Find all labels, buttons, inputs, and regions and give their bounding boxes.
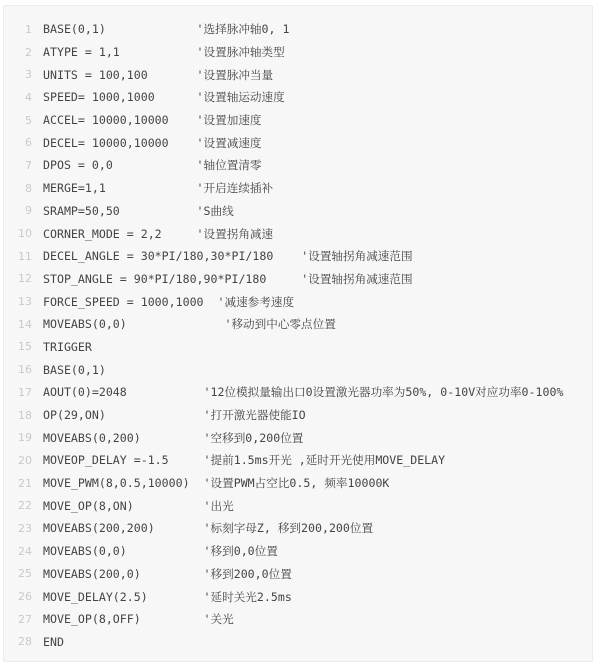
line-text[interactable]: MOVE_OP(8,ON) '出光	[43, 498, 234, 514]
line-number: 10	[4, 227, 43, 240]
line-number: 1	[4, 23, 43, 36]
code-line: 9SRAMP=50,50 'S曲线	[4, 200, 592, 223]
code-line: 15TRIGGER	[4, 336, 592, 359]
line-text[interactable]: MOVE_OP(8,OFF) '关光	[43, 611, 234, 627]
line-text[interactable]: MOVEABS(0,200) '空移到0,200位置	[43, 430, 303, 446]
code-line: 22MOVE_OP(8,ON) '出光	[4, 494, 592, 517]
line-text[interactable]: CORNER_MODE = 2,2 '设置拐角减速	[43, 226, 273, 242]
line-number: 21	[4, 477, 43, 490]
line-text[interactable]: MOVE_PWM(8,0.5,10000) '设置PWM占空比0.5, 频率10…	[43, 475, 389, 491]
line-number: 25	[4, 567, 43, 580]
code-line: 14MOVEABS(0,0) '移动到中心零点位置	[4, 313, 592, 336]
line-text[interactable]: DECEL= 10000,10000 '设置减速度	[43, 135, 262, 151]
line-number: 2	[4, 46, 43, 59]
line-number: 13	[4, 295, 43, 308]
line-number: 4	[4, 91, 43, 104]
code-line: 17AOUT(0)=2048 '12位模拟量输出口0设置激光器功率为50%, 0…	[4, 381, 592, 404]
line-text[interactable]: TRIGGER	[43, 340, 92, 354]
line-number: 16	[4, 363, 43, 376]
line-number: 22	[4, 499, 43, 512]
code-line: 26MOVE_DELAY(2.5) '延时关光2.5ms	[4, 585, 592, 608]
code-line: 16BASE(0,1)	[4, 358, 592, 381]
code-line: 7DPOS = 0,0 '轴位置清零	[4, 154, 592, 177]
code-line: 11DECEL_ANGLE = 30*PI/180,30*PI/180 '设置轴…	[4, 245, 592, 268]
code-line: 13FORCE_SPEED = 1000,1000 '减速参考速度	[4, 290, 592, 313]
line-text[interactable]: STOP_ANGLE = 90*PI/180,90*PI/180 '设置轴拐角减…	[43, 271, 413, 287]
code-line: 10CORNER_MODE = 2,2 '设置拐角减速	[4, 222, 592, 245]
line-number: 6	[4, 136, 43, 149]
line-number: 15	[4, 340, 43, 353]
code-line: 25MOVEABS(200,0) '移到200,0位置	[4, 563, 592, 586]
line-text[interactable]: BASE(0,1) '选择脉冲轴0, 1	[43, 21, 289, 37]
line-text[interactable]: UNITS = 100,100 '设置脉冲当量	[43, 67, 273, 83]
code-line: 21MOVE_PWM(8,0.5,10000) '设置PWM占空比0.5, 频率…	[4, 472, 592, 495]
line-text[interactable]: END	[43, 635, 64, 649]
code-line: 28END	[4, 631, 592, 654]
line-text[interactable]: MOVEOP_DELAY =-1.5 '提前1.5ms开光 ,延时开光使用MOV…	[43, 452, 445, 468]
line-text[interactable]: SRAMP=50,50 'S曲线	[43, 203, 234, 219]
line-text[interactable]: DECEL_ANGLE = 30*PI/180,30*PI/180 '设置轴拐角…	[43, 248, 413, 264]
code-line: 6DECEL= 10000,10000 '设置减速度	[4, 131, 592, 154]
code-line: 3UNITS = 100,100 '设置脉冲当量	[4, 63, 592, 86]
line-number: 23	[4, 522, 43, 535]
line-text[interactable]: FORCE_SPEED = 1000,1000 '减速参考速度	[43, 294, 294, 310]
code-line: 27MOVE_OP(8,OFF) '关光	[4, 608, 592, 631]
line-number: 17	[4, 386, 43, 399]
code-line: 1BASE(0,1) '选择脉冲轴0, 1	[4, 18, 592, 41]
line-text[interactable]: DPOS = 0,0 '轴位置清零	[43, 157, 262, 173]
line-text[interactable]: MERGE=1,1 '开启连续插补	[43, 180, 273, 196]
code-block: 1BASE(0,1) '选择脉冲轴0, 1 2ATYPE = 1,1 '设置脉冲…	[3, 5, 593, 662]
code-line: 5ACCEL= 10000,10000 '设置加速度	[4, 109, 592, 132]
code-line: 19MOVEABS(0,200) '空移到0,200位置	[4, 426, 592, 449]
line-number: 14	[4, 318, 43, 331]
line-number: 9	[4, 204, 43, 217]
code-line: 2ATYPE = 1,1 '设置脉冲轴类型	[4, 41, 592, 64]
line-text[interactable]: MOVE_DELAY(2.5) '延时关光2.5ms	[43, 589, 292, 605]
code-lines: 1BASE(0,1) '选择脉冲轴0, 1 2ATYPE = 1,1 '设置脉冲…	[4, 18, 592, 653]
line-number: 3	[4, 68, 43, 81]
code-line: 8MERGE=1,1 '开启连续插补	[4, 177, 592, 200]
code-line: 12STOP_ANGLE = 90*PI/180,90*PI/180 '设置轴拐…	[4, 268, 592, 291]
line-text[interactable]: MOVEABS(0,0) '移到0,0位置	[43, 543, 278, 559]
code-line: 20MOVEOP_DELAY =-1.5 '提前1.5ms开光 ,延时开光使用M…	[4, 449, 592, 472]
line-number: 7	[4, 159, 43, 172]
line-text[interactable]: MOVEABS(0,0) '移动到中心零点位置	[43, 316, 336, 332]
line-number: 18	[4, 409, 43, 422]
line-text[interactable]: BASE(0,1)	[43, 363, 106, 377]
line-number: 24	[4, 545, 43, 558]
line-number: 28	[4, 635, 43, 648]
line-text[interactable]: ACCEL= 10000,10000 '设置加速度	[43, 112, 262, 128]
line-number: 19	[4, 431, 43, 444]
line-text[interactable]: AOUT(0)=2048 '12位模拟量输出口0设置激光器功率为50%, 0-1…	[43, 384, 563, 400]
line-number: 8	[4, 182, 43, 195]
line-number: 11	[4, 250, 43, 263]
line-text[interactable]: MOVEABS(200,200) '标刻字母Z, 移到200,200位置	[43, 520, 373, 536]
code-line: 24MOVEABS(0,0) '移到0,0位置	[4, 540, 592, 563]
line-text[interactable]: ATYPE = 1,1 '设置脉冲轴类型	[43, 44, 285, 60]
code-line: 4SPEED= 1000,1000 '设置轴运动速度	[4, 86, 592, 109]
line-text[interactable]: SPEED= 1000,1000 '设置轴运动速度	[43, 89, 285, 105]
line-text[interactable]: OP(29,ON) '打开激光器使能IO	[43, 407, 306, 423]
line-number: 26	[4, 590, 43, 603]
line-number: 12	[4, 272, 43, 285]
line-number: 27	[4, 613, 43, 626]
code-line: 23MOVEABS(200,200) '标刻字母Z, 移到200,200位置	[4, 517, 592, 540]
code-line: 18OP(29,ON) '打开激光器使能IO	[4, 404, 592, 427]
line-text[interactable]: MOVEABS(200,0) '移到200,0位置	[43, 566, 292, 582]
line-number: 5	[4, 114, 43, 127]
line-number: 20	[4, 454, 43, 467]
